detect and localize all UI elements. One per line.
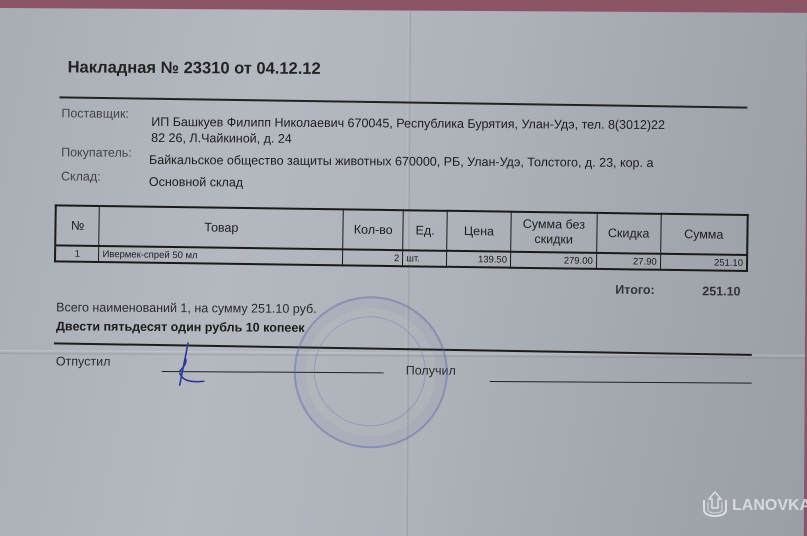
cell-number: 1 (55, 245, 99, 262)
cell-sum-before-discount: 279.00 (510, 252, 596, 269)
total-label: Итого: (615, 283, 655, 297)
cell-sum: 251.10 (660, 254, 747, 271)
warehouse-value: Основной склад (149, 175, 243, 190)
col-price: Цена (447, 211, 511, 252)
round-stamp (293, 296, 448, 449)
received-signature-line (490, 381, 752, 384)
cell-discount: 27.90 (596, 253, 660, 270)
ulanovka-logo-icon (700, 490, 730, 522)
cell-product: Ивермек-спрей 50 мл (99, 246, 343, 265)
watermark-text: LANOVKA (732, 497, 807, 515)
cell-quantity: 2 (343, 249, 403, 266)
paper-fold-vertical (405, 10, 411, 536)
buyer-value: Байкальское общество защиты животных 670… (149, 153, 653, 170)
warehouse-label: Склад: (61, 169, 101, 183)
col-quantity: Кол-во (343, 209, 403, 250)
supplier-label: Поставщик: (61, 106, 129, 120)
supplier-line-1: ИП Башкуев Филипп Николаевич 670045, Рес… (151, 115, 665, 132)
col-product: Товар (99, 206, 344, 249)
buyer-label: Покупатель: (61, 145, 132, 159)
col-number: № (55, 205, 99, 246)
amount-in-words: Двести пятьдесят один рубль 10 копеек (56, 319, 305, 335)
invoice-title: Накладная № 23310 от 04.12.12 (68, 58, 321, 79)
watermark: LANOVKA (700, 490, 807, 522)
stamp-inner-ring (313, 316, 426, 427)
supplier-line-2: 82 26, Л.Чайкиной, д. 24 (151, 131, 292, 146)
invoice-paper: Накладная № 23310 от 04.12.12 Поставщик:… (0, 8, 807, 536)
total-value: 251.10 (702, 284, 740, 298)
handwritten-signature (174, 341, 214, 387)
col-sum-before-discount: Сумма без скидки (511, 212, 597, 253)
goods-table: № Товар Кол-во Ед. Цена Сумма без скидки… (54, 204, 749, 272)
released-label: Отпустил (56, 354, 111, 368)
divider (59, 96, 747, 108)
cell-unit: шт. (403, 250, 447, 267)
cell-price: 139.50 (447, 251, 511, 268)
col-unit: Ед. (403, 210, 447, 251)
col-sum: Сумма (660, 214, 747, 255)
col-discount: Скидка (596, 213, 660, 254)
summary-line: Всего наименований 1, на сумму 251.10 ру… (56, 300, 317, 316)
